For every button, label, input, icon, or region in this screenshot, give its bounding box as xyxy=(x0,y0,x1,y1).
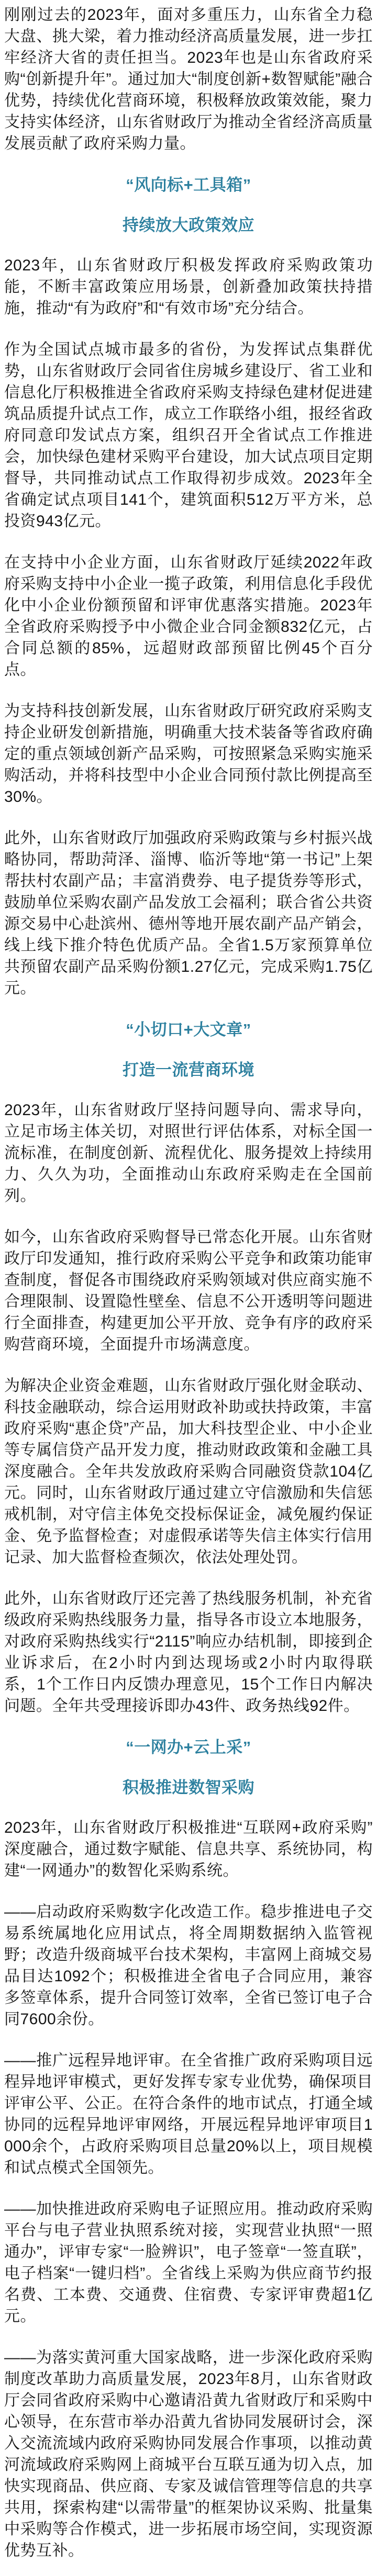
paragraph: 2023年，山东省财政厅积极推进“互联网+政府采购”深度融合，通过数字赋能、信息… xyxy=(4,1817,373,1881)
section-heading-policy: “风向标+工具箱” 持续放大政策效应 xyxy=(4,174,373,236)
paragraph: ——加快推进政府采购电子证照应用。推动政府采购平台与电子营业执照系统对接，实现营… xyxy=(4,2198,373,2327)
section-heading-tagline: “小切口+大文章” xyxy=(4,1019,373,1040)
section-heading-title: 打造一流营商环境 xyxy=(4,1059,373,1081)
intro-paragraph: 刚刚过去的2023年，面对多重压力，山东省全力稳大盘、挑大梁，着力推动经济高质量… xyxy=(4,4,373,154)
paragraph: 2023年，山东省财政厅坚持问题导向、需求导向，立足市场主体关切，对照世行评估体… xyxy=(4,1099,373,1207)
paragraph: ——启动政府采购数字化改造工作。稳步推进电子交易系统属地化应用试点，将全周期数据… xyxy=(4,1901,373,2030)
article-body: 刚刚过去的2023年，面对多重压力，山东省全力稳大盘、挑大梁，着力推动经济高质量… xyxy=(0,0,377,2576)
paragraph: ——为落实黄河重大国家战略，进一步深化政府采购制度改革助力高质量发展，2023年… xyxy=(4,2347,373,2561)
section-heading-digital-procurement: “一网办+云上采” 积极推进数智采购 xyxy=(4,1737,373,1798)
paragraph: 为解决企业资金难题，山东省财政厅强化财金联动、科技金融联动，综合运用财政补助或扶… xyxy=(4,1375,373,1568)
paragraph: 2023年，山东省财政厅积极发挥政府采购政策功能，不断丰富政策应用场景，创新叠加… xyxy=(4,255,373,319)
section-heading-business-environment: “小切口+大文章” 打造一流营商环境 xyxy=(4,1019,373,1081)
paragraph: 为支持科技创新发展，山东省财政厅研究政府采购支持企业研发创新措施，明确重大技术装… xyxy=(4,700,373,808)
paragraph: 此外，山东省财政厅加强政府采购政策与乡村振兴战略协同，帮助菏泽、淄博、临沂等地“… xyxy=(4,827,373,999)
section-heading-title: 积极推进数智采购 xyxy=(4,1777,373,1798)
paragraph: 在支持中小企业方面，山东省财政厅延续2022年政府采购支持中小企业一揽子政策，利… xyxy=(4,552,373,680)
section-heading-tagline: “风向标+工具箱” xyxy=(4,174,373,196)
section-heading-tagline: “一网办+云上采” xyxy=(4,1737,373,1758)
paragraph: 此外，山东省财政厅还完善了热线服务机制，补充省级政府采购热线服务力量，指导各市设… xyxy=(4,1588,373,1717)
paragraph: 作为全国试点城市最多的省份，为发挥试点集群优势，山东省财政厅会同省住房城乡建设厅… xyxy=(4,339,373,532)
paragraph: 如今，山东省政府采购督导已常态化开展。山东省财政厅印发通知，推行政府采购公平竞争… xyxy=(4,1227,373,1355)
paragraph: ——推广远程异地评审。在全省推广政府采购项目远程异地评审模式，更好发挥专家专业优… xyxy=(4,2050,373,2178)
section-heading-title: 持续放大政策效应 xyxy=(4,214,373,236)
